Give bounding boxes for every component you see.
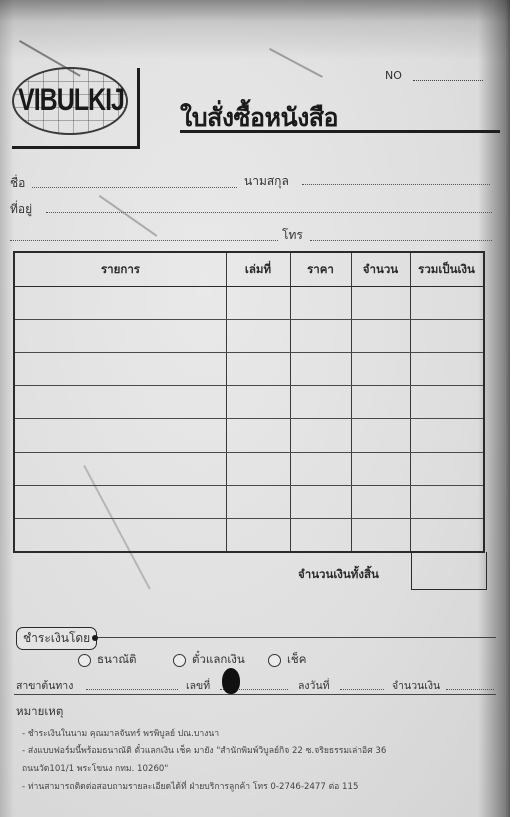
address-label: ที่อยู่ <box>10 200 32 219</box>
table-row[interactable] <box>15 353 226 385</box>
branch-label: สาขาต้นทาง <box>16 677 73 694</box>
payment-option-cheque[interactable]: เช็ค <box>268 651 306 669</box>
table-row[interactable] <box>15 287 226 319</box>
payment-option-bank-draft[interactable]: ตั๋วแลกเงิน <box>173 651 245 669</box>
remark-line: - ท่านสามารถติดต่อสอบถามรายละเอียดได้ที่… <box>22 779 358 793</box>
column-header-subtotal: รวมเป็นเงิน <box>410 261 483 279</box>
table-row[interactable] <box>15 320 226 352</box>
payment-bottom-rule <box>14 694 496 695</box>
last-name-label: นามสกุล <box>244 172 289 191</box>
radio-icon[interactable] <box>173 654 186 667</box>
radio-icon[interactable] <box>268 654 281 667</box>
amount-field[interactable] <box>446 689 494 690</box>
remark-line: - ชำระเงินในนาม คุณมาลจันทร์ พรพิบูลย์ ป… <box>22 726 219 740</box>
amount-label: จำนวนเงิน <box>392 677 440 694</box>
column-header-item: รายการ <box>15 261 226 279</box>
brand-logo: VIBULKIJ <box>16 82 126 118</box>
phone-field[interactable] <box>310 240 492 241</box>
remark-line: ถนนวัด101/1 พระโขนง กทม. 10260" <box>22 761 168 775</box>
date-label: ลงวันที่ <box>298 677 330 694</box>
date-field[interactable] <box>340 689 384 690</box>
ink-stain <box>222 668 240 694</box>
phone-label: โทร <box>282 226 303 245</box>
payment-option-money-order[interactable]: ธนาณัติ <box>78 651 136 669</box>
form-number-field[interactable] <box>413 80 483 81</box>
last-name-field[interactable] <box>302 184 490 185</box>
column-header-price: ราคา <box>290 261 351 279</box>
remarks-title: หมายเหตุ <box>16 703 63 721</box>
column-divider <box>226 253 227 551</box>
logo-frame-divider <box>12 146 140 149</box>
branch-field[interactable] <box>86 689 178 690</box>
column-divider <box>351 253 352 551</box>
bullet-icon <box>92 635 98 641</box>
table-row[interactable] <box>15 419 226 451</box>
order-table: รายการ เล่มที่ ราคา จำนวน รวมเป็นเงิน <box>13 251 485 553</box>
address-field-line1[interactable] <box>46 212 492 213</box>
grand-total-label: จำนวนเงินทั้งสิ้น <box>298 566 379 584</box>
table-row[interactable] <box>15 453 226 485</box>
payment-method-title: ชำระเงินโดย <box>16 627 97 650</box>
first-name-label: ชื่อ <box>10 174 25 193</box>
table-row[interactable] <box>15 486 226 518</box>
column-header-volume: เล่มที่ <box>226 261 290 279</box>
grand-total-field[interactable] <box>411 552 487 590</box>
title-underline <box>180 130 500 133</box>
remark-line: - ส่งแบบฟอร์มนี้พร้อมธนาณัติ ตั๋วแลกเงิน… <box>22 743 386 757</box>
column-divider <box>290 253 291 551</box>
radio-icon[interactable] <box>78 654 91 667</box>
address-field-line2[interactable] <box>10 240 278 241</box>
cheque-number-label: เลขที่ <box>186 677 210 694</box>
column-divider <box>410 253 411 551</box>
table-row[interactable] <box>15 519 226 551</box>
payment-divider <box>98 637 496 638</box>
table-row[interactable] <box>15 386 226 418</box>
column-header-quantity: จำนวน <box>351 261 410 279</box>
first-name-field[interactable] <box>32 187 237 188</box>
logo-frame-divider <box>137 68 140 148</box>
form-number-label: NO <box>385 69 402 82</box>
